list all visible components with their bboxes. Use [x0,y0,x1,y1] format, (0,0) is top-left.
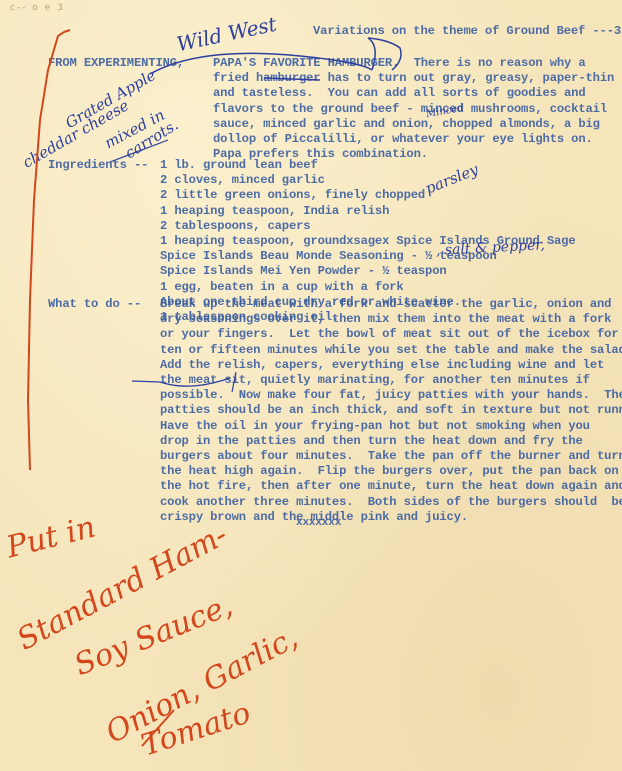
annotation-wild-west: Wild West [175,12,279,57]
ingredient-item: 2 tablespoons, capers [160,219,576,234]
page-header: Variations on the theme of Ground Beef -… [313,24,621,39]
intro-line: fried hamburger has to turn out gray, gr… [213,71,614,86]
direction-line: crispy brown and the middle pink and jui… [160,510,622,525]
intro-line: dollop of Piccalilli, or whatever your e… [213,132,614,147]
ingredient-item: 2 little green onions, finely chopped [160,188,576,203]
annotation-red-line-1: Put in [3,510,99,566]
direction-line: cook another three minutes. Both sides o… [160,495,622,510]
red-margin-bracket [28,32,64,470]
intro-paragraph: PAPA'S FAVORITE HAMBURGER. There is no r… [213,56,614,162]
direction-line: drop in the patties and then turn the he… [160,434,622,449]
intro-line: flavors to the ground beef - minced mush… [213,102,614,117]
direction-line: the heat high again. Flip the burgers ov… [160,464,622,479]
ingredient-item: 1 heaping teaspoon, India relish [160,204,576,219]
direction-line: Break up the meat with a fork and scatte… [160,297,622,312]
intro-line: sauce, minced garlic and onion, chopped … [213,117,614,132]
directions-paragraph: Break up the meat with a fork and scatte… [160,297,622,525]
corner-marks: c-- o e 3 [10,3,65,13]
section-label: FROM EXPERIMENTING, [48,56,184,71]
direction-line: ten or fifteen minutes while you set the… [160,343,622,358]
direction-line: the hot fire, then after one minute, tur… [160,479,622,494]
direction-line: or your fingers. Let the bowl of meat si… [160,327,622,342]
closing-mark: xxxxxxx [296,516,341,531]
intro-line: PAPA'S FAVORITE HAMBURGER. There is no r… [213,56,614,71]
ingredient-item: 1 lb. ground lean beef [160,158,576,173]
direction-line: Add the relish, capers, everything else … [160,358,622,373]
paper-page: c-- o e 3 Variations on the theme of Gro… [0,0,622,771]
direction-line: Have the oil in your frying-pan hot but … [160,419,622,434]
ingredient-item: Spice Islands Mei Yen Powder - ½ teaspon [160,264,576,279]
direction-line: burgers about four minutes. Take the pan… [160,449,622,464]
directions-label: What to do -- [48,297,141,312]
direction-line: patties should be an inch thick, and sof… [160,403,622,418]
intro-line: and tasteless. You can add all sorts of … [213,86,614,101]
direction-line: dry seasonings over it, then mix them in… [160,312,622,327]
ingredient-item: 2 cloves, minced garlic [160,173,576,188]
ingredient-item: 1 egg, beaten in a cup with a fork [160,280,576,295]
direction-line: the meat sit, quietly marinating, for an… [160,373,622,388]
direction-line: possible. Now make four fat, juicy patti… [160,388,622,403]
